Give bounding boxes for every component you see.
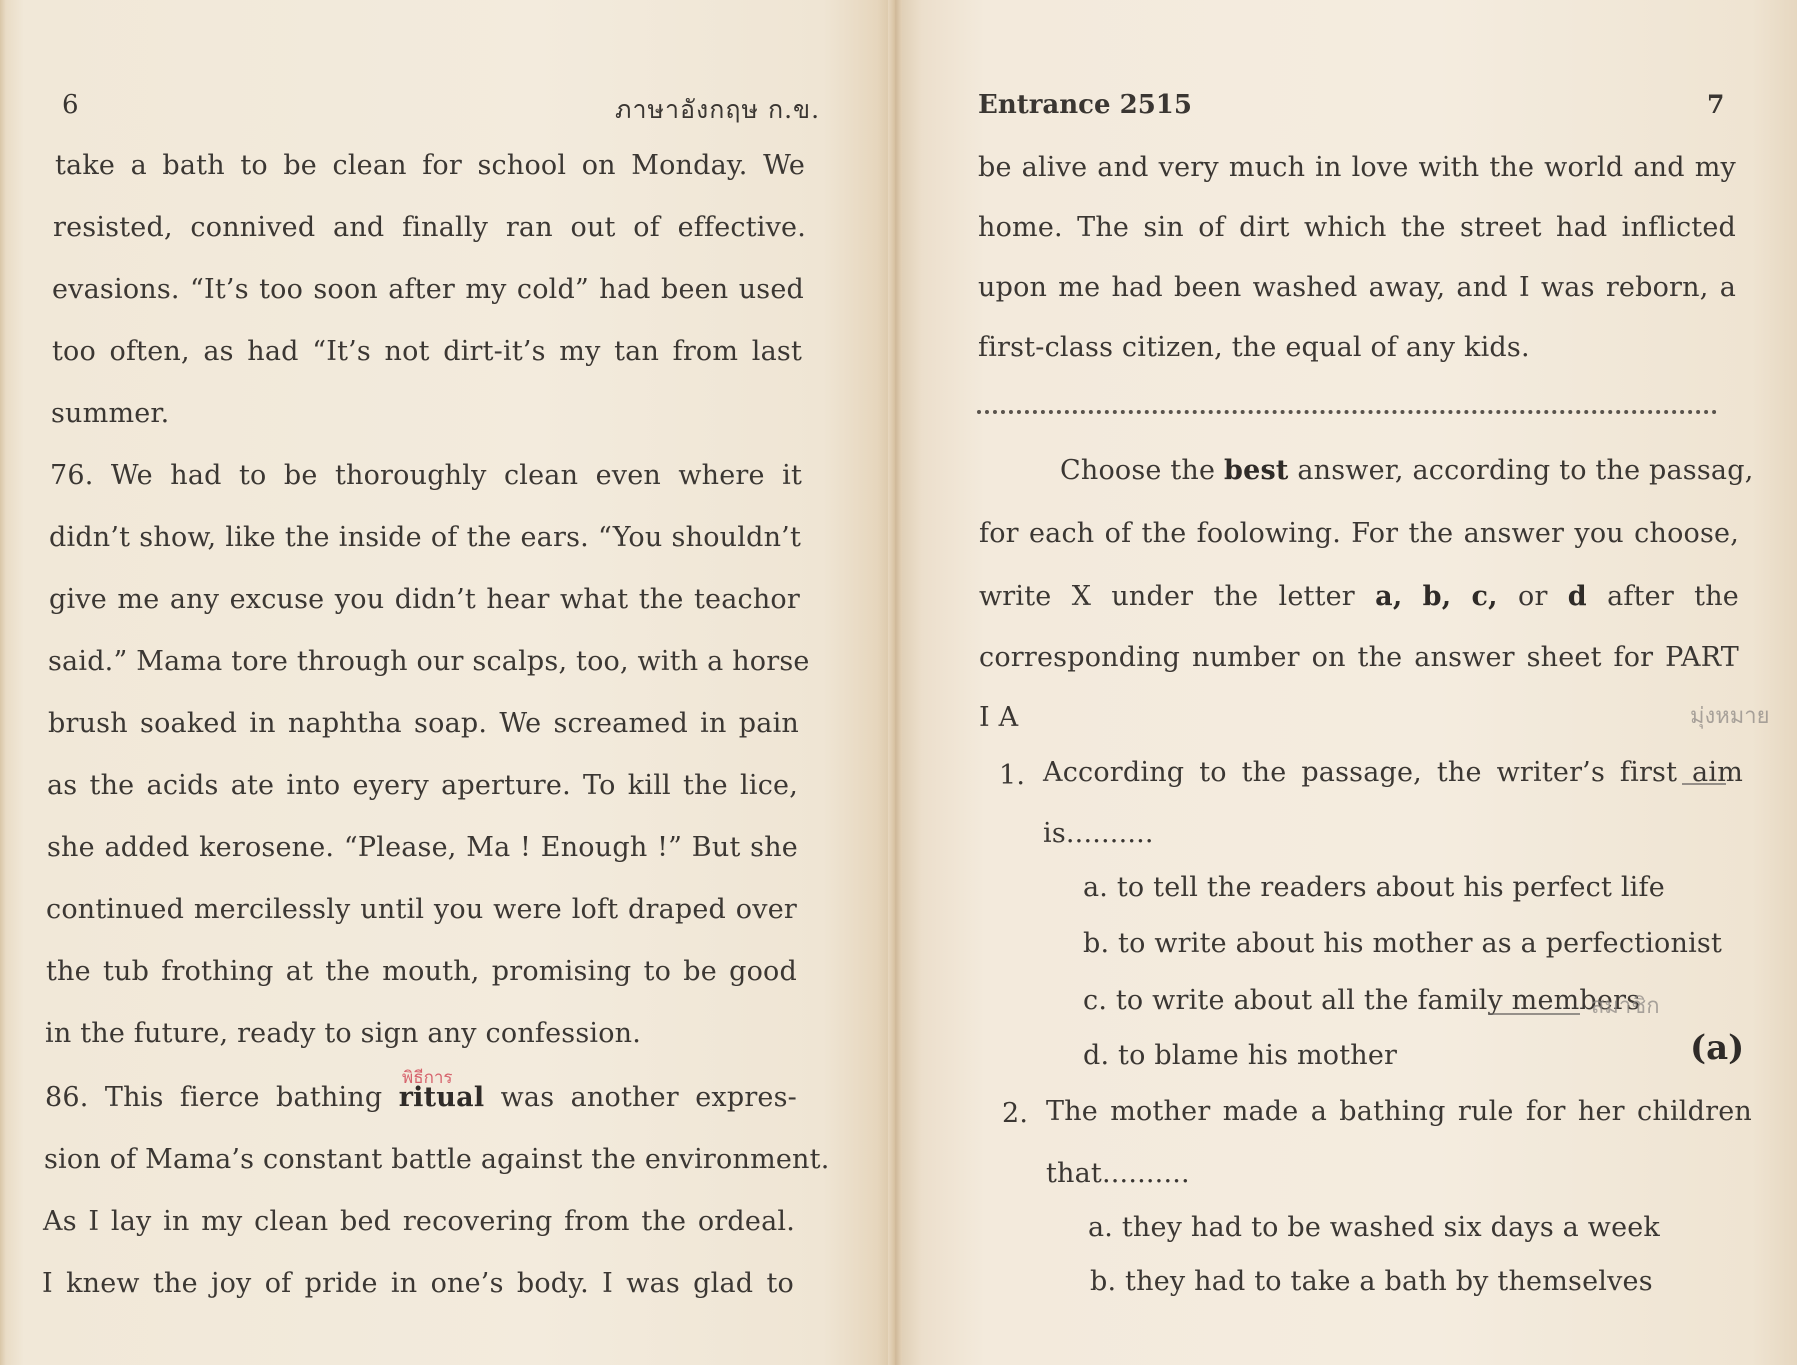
- text-line: evasions. “It’s too soon after my cold” …: [52, 274, 804, 305]
- question-number: 1.: [999, 760, 1025, 791]
- text-line: she added kerosene. “Please, Ma ! Enough…: [47, 832, 798, 863]
- text-line: give me any excuse you didn’t hear what …: [49, 584, 800, 615]
- text-line: take a bath to be clean for school on Mo…: [55, 150, 805, 181]
- text-line: too often, as had “It’s not dirt-it’s my…: [52, 336, 802, 367]
- right-page: Entrance 2515 7 be alive and very much i…: [895, 0, 1797, 1365]
- instruction-bold-word: best: [1224, 455, 1289, 486]
- instruction-text: Choose the: [1060, 455, 1215, 486]
- instruction-text: write X under the letter: [979, 581, 1355, 612]
- answer-option: d. to blame his mother: [1083, 1040, 1397, 1071]
- text-line: in the future, ready to sign any confess…: [45, 1018, 641, 1049]
- pencil-underline: [1682, 783, 1726, 785]
- letter-b: b,: [1423, 581, 1452, 612]
- ritual-line-after: was another expres-: [501, 1082, 797, 1113]
- left-page: 6 ภาษาอังกฤษ ก.ข. take a bath to be clea…: [0, 0, 895, 1365]
- letter-d: d: [1568, 581, 1587, 612]
- instruction-text: or: [1518, 581, 1548, 612]
- pencil-underline: [1488, 1013, 1580, 1015]
- answer-option: b. they had to take a bath by themselves: [1090, 1266, 1653, 1297]
- question-stem: is..........: [1043, 818, 1154, 849]
- running-title: Entrance 2515: [978, 90, 1192, 120]
- question-stem: According to the passage, the writer’s f…: [1043, 757, 1743, 788]
- text-line: summer.: [51, 398, 169, 429]
- instruction-line: corresponding number on the answer sheet…: [979, 642, 1739, 673]
- text-line: resisted, connived and finally ran out o…: [53, 212, 806, 243]
- ritual-bold-word: ritual: [399, 1082, 485, 1113]
- ritual-line-before: 86. This fierce bathing: [45, 1082, 382, 1113]
- text-line-ritual: 86. This fierce bathing ritual was anoth…: [45, 1082, 797, 1113]
- text-line: as the acids ate into eyery aperture. To…: [47, 770, 798, 801]
- text-line: I knew the joy of pride in one’s body. I…: [42, 1268, 794, 1299]
- answer-option: b. to write about his mother as a perfec…: [1083, 928, 1722, 959]
- passage-line: home. The sin of dirt which the street h…: [978, 212, 1736, 243]
- text-line: didn’t show, like the inside of the ears…: [49, 522, 801, 553]
- text-line: As I lay in my clean bed recovering from…: [43, 1206, 795, 1237]
- instruction-line: Choose the best answer, according to the…: [1060, 455, 1738, 486]
- book-gutter: [888, 0, 902, 1365]
- question-stem: that..........: [1046, 1158, 1190, 1189]
- question-number: 2.: [1002, 1098, 1028, 1129]
- page-number: 7: [1707, 90, 1724, 119]
- passage-line: be alive and very much in love with the …: [978, 152, 1736, 183]
- marked-answer: (a): [1690, 1028, 1744, 1068]
- page-number: 6: [62, 90, 79, 120]
- passage-line: upon me had been washed away, and I was …: [978, 272, 1736, 303]
- passage-line: first-class citizen, the equal of any ki…: [978, 332, 1530, 363]
- handwritten-annotation-pencil: สมาชิก: [1591, 988, 1660, 1023]
- text-line: brush soaked in naphtha soap. We screame…: [48, 708, 799, 739]
- dotted-separator: [977, 410, 1717, 414]
- running-title: ภาษาอังกฤษ ก.ข.: [615, 90, 820, 130]
- instruction-text: after the: [1607, 581, 1739, 612]
- instruction-text: answer, according to the passag,: [1297, 455, 1753, 486]
- text-line: continued mercilessly until you were lof…: [46, 894, 797, 925]
- text-line: sion of Mama’s constant battle against t…: [44, 1144, 796, 1175]
- question-stem: The mother made a bathing rule for her c…: [1046, 1096, 1752, 1127]
- letter-c: c,: [1472, 581, 1498, 612]
- text-line: said.” Mama tore through our scalps, too…: [48, 646, 800, 677]
- instruction-line: for each of the foolowing. For the answe…: [979, 518, 1739, 549]
- text-line: the tub frothing at the mouth, promising…: [46, 956, 797, 987]
- answer-option: c. to write about all the family members: [1083, 985, 1640, 1016]
- handwritten-annotation-pencil: มุ่งหมาย: [1690, 698, 1770, 733]
- answer-option: a. to tell the readers about his perfect…: [1083, 872, 1665, 903]
- text-line: 76. We had to be thoroughly clean even w…: [50, 460, 802, 491]
- instruction-line: write X under the letter a, b, c, or d a…: [979, 581, 1739, 612]
- answer-option: a. they had to be washed six days a week: [1088, 1212, 1660, 1243]
- letter-a: a,: [1375, 581, 1402, 612]
- instruction-line: I A: [979, 702, 1018, 733]
